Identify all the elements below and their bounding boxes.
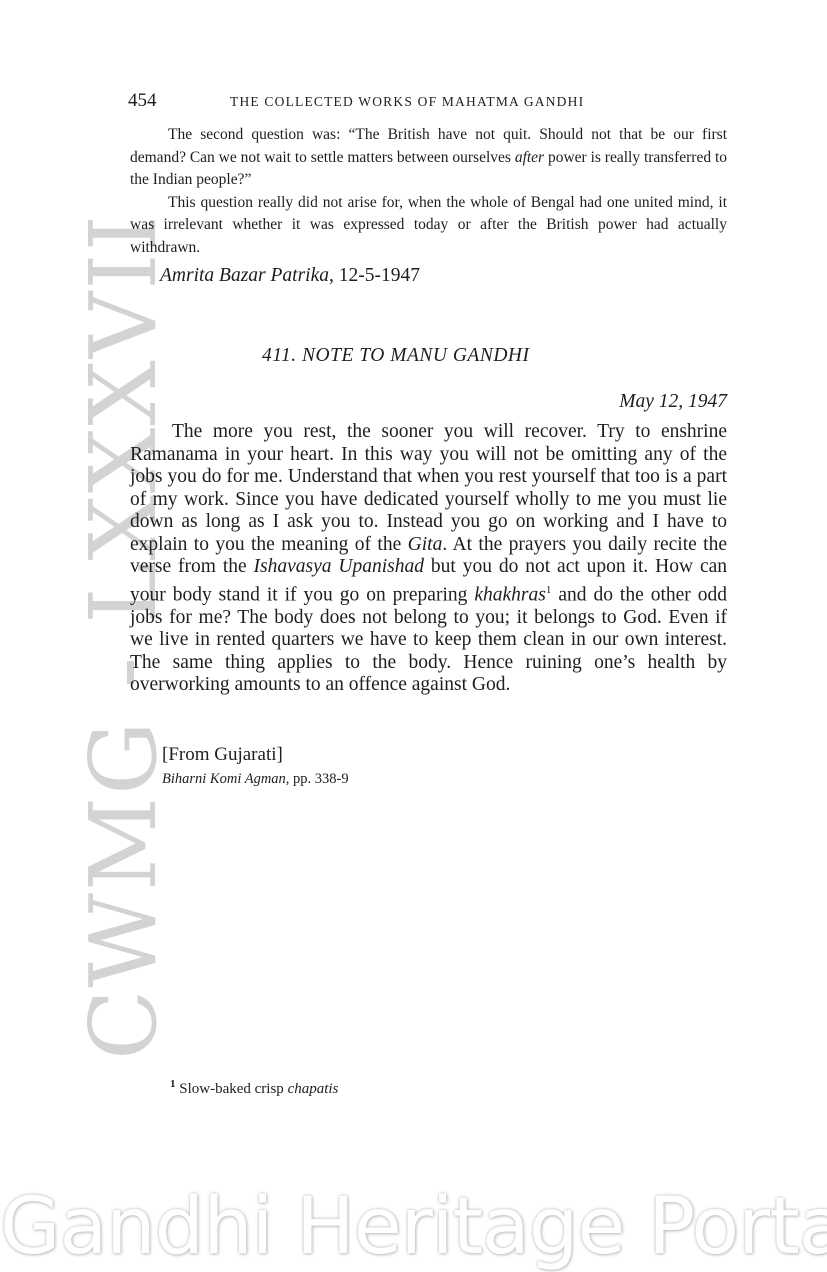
paragraph: This question really did not arise for, … (130, 192, 727, 260)
letter-body: The more you rest, the sooner you will r… (130, 421, 727, 697)
source-date: , 12-5-1947 (329, 265, 420, 286)
footnote-italic: chapatis (288, 1081, 339, 1097)
citation-pages: , pp. 338-9 (286, 771, 349, 787)
running-title: THE COLLECTED WORKS OF MAHATMA GANDHI (230, 94, 584, 110)
italic-run: Ishavasya Upanishad (254, 556, 424, 577)
source-title: Amrita Bazar Patrika (160, 265, 329, 286)
italic-run: after (515, 149, 544, 166)
paragraph: The second question was: “The British ha… (130, 124, 727, 192)
language-note: [From Gujarati] (162, 744, 283, 766)
page-number: 454 (128, 90, 157, 112)
text-run: This question really did not arise for, … (130, 194, 727, 256)
citation: Biharni Komi Agman, pp. 338-9 (162, 771, 349, 788)
italic-run: Gita (408, 534, 443, 555)
section-title: 411. NOTE TO MANU GANDHI (262, 345, 530, 367)
portal-watermark: Gandhi Heritage Portal (0, 1182, 827, 1272)
footnote-text: Slow-baked crisp (176, 1081, 288, 1097)
previous-item-text: The second question was: “The British ha… (130, 124, 727, 288)
paragraph: The more you rest, the sooner you will r… (130, 421, 727, 697)
letter-date: May 12, 1947 (619, 391, 727, 413)
footnote: 1 Slow-baked crisp chapatis (170, 1078, 338, 1098)
italic-run: khakhras (474, 584, 546, 605)
citation-title: Biharni Komi Agman (162, 771, 286, 787)
source-line: Amrita Bazar Patrika, 12-5-1947 (130, 265, 727, 288)
